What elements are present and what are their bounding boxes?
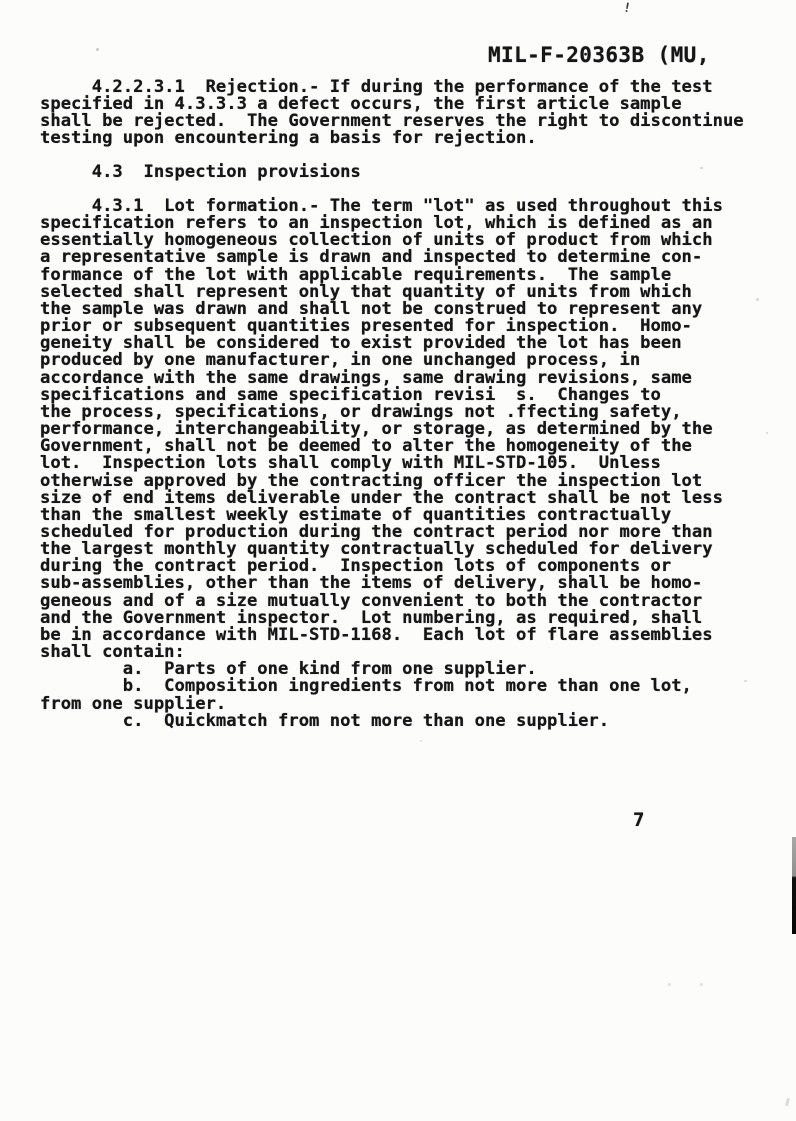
heading-inspection-provisions: 4.3 Inspection provisions	[40, 164, 361, 181]
scan-speck	[700, 983, 703, 986]
scan-speck	[700, 167, 703, 169]
paragraph-lot-formation: 4.3.1 Lot formation.- The term "lot" as …	[40, 198, 723, 730]
scan-speck	[420, 740, 422, 742]
scan-edge-artifact	[792, 837, 796, 934]
scan-speck	[785, 1098, 790, 1107]
scan-speck	[756, 298, 759, 301]
paragraph-rejection: 4.2.2.3.1 Rejection.- If during the perf…	[40, 79, 744, 148]
document-id-header: MIL-F-20363B (MU,	[488, 43, 710, 67]
scan-artifact-mark: !	[622, 0, 632, 16]
scan-speck	[744, 680, 747, 682]
scan-speck	[96, 48, 99, 51]
scan-speck	[668, 983, 671, 986]
page-number: 7	[633, 809, 644, 831]
scan-speck	[766, 432, 768, 434]
scanned-document-page: ! MIL-F-20363B (MU, 4.2.2.3.1 Rejection.…	[0, 0, 796, 1121]
